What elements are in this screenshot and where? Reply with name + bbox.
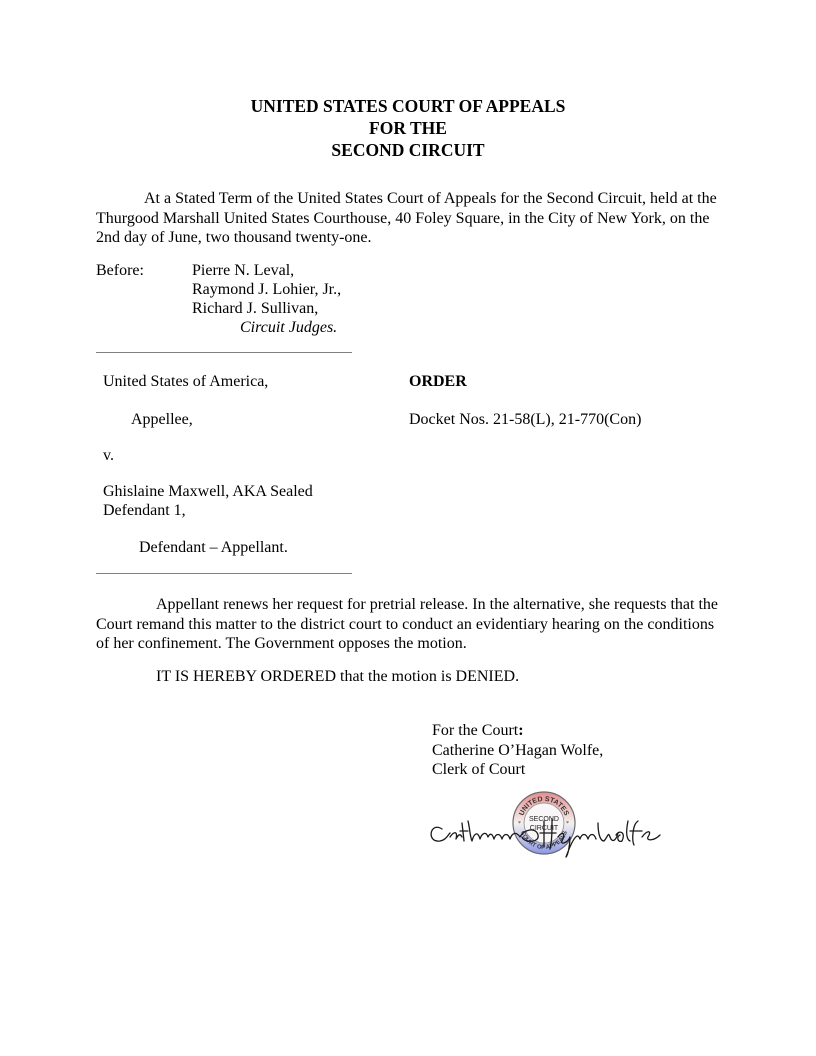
- appellant-name-line-1: Ghislaine Maxwell, AKA Sealed: [103, 483, 313, 501]
- clerk-name: Catherine O’Hagan Wolfe,: [432, 741, 603, 761]
- for-the-court-line: For the Court:: [432, 721, 603, 741]
- heading-line-1: UNITED STATES COURT OF APPEALS: [0, 95, 816, 117]
- appellee-name: United States of America,: [103, 373, 268, 391]
- svg-text:*: *: [518, 821, 521, 827]
- judge-2: Raymond J. Lohier, Jr.,: [192, 281, 341, 299]
- signature-and-seal: UNITED STATES COURT OF APPEALS SECOND CI…: [420, 785, 700, 865]
- appellant-name-line-2: Defendant 1,: [103, 502, 186, 520]
- ruling-paragraph: IT IS HEREBY ORDERED that the motion is …: [156, 668, 519, 686]
- caption-top-rule: [96, 352, 352, 353]
- panel-label: Before:: [96, 262, 144, 280]
- judge-1: Pierre N. Leval,: [192, 262, 294, 280]
- signature-block: For the Court: Catherine O’Hagan Wolfe, …: [432, 721, 603, 780]
- clerk-title: Clerk of Court: [432, 760, 603, 780]
- docket-numbers: Docket Nos. 21-58(L), 21-770(Con): [409, 411, 641, 429]
- for-the-court-colon: :: [518, 722, 523, 739]
- judge-3: Richard J. Sullivan,: [192, 300, 318, 318]
- heading-line-3: SECOND CIRCUIT: [0, 139, 816, 161]
- judges-title: Circuit Judges.: [240, 319, 337, 337]
- versus: v.: [103, 447, 114, 465]
- motion-paragraph: Appellant renews her request for pretria…: [96, 595, 720, 654]
- heading-line-2: FOR THE: [0, 117, 816, 139]
- court-heading: UNITED STATES COURT OF APPEALS FOR THE S…: [0, 95, 816, 161]
- court-seal-icon: UNITED STATES COURT OF APPEALS SECOND CI…: [420, 785, 700, 865]
- for-the-court: For the Court: [432, 722, 518, 739]
- svg-text:*: *: [566, 821, 569, 827]
- order-title: ORDER: [409, 373, 467, 391]
- preamble-paragraph: At a Stated Term of the United States Co…: [96, 189, 726, 248]
- appellee-role: Appellee,: [131, 411, 193, 429]
- caption-bottom-rule: [96, 573, 352, 574]
- appellant-role: Defendant – Appellant.: [139, 539, 288, 557]
